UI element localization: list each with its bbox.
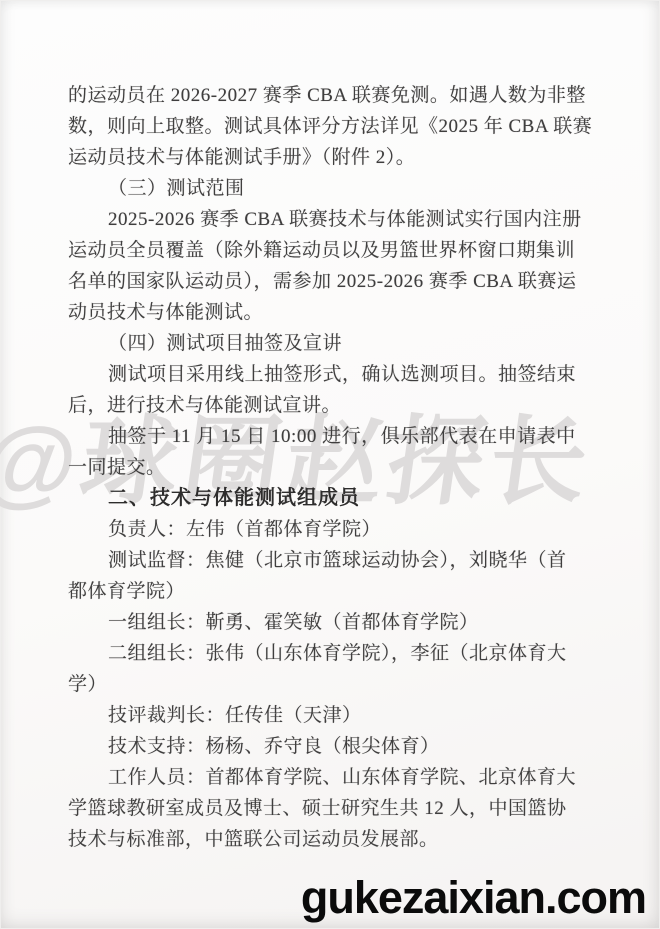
document-line: 测试项目采用线上抽签形式，确认选测项目。抽签结束 [68, 359, 588, 390]
document-line: 二组组长：张伟（山东体育学院），李征（北京体育大 [68, 638, 588, 669]
document-line: 学） [68, 669, 588, 700]
document-line: 工作人员：首都体育学院、山东体育学院、北京体育大 [68, 762, 588, 793]
document-line: 学篮球教研室成员及博士、硕士研究生共 12 人，中国篮协 [68, 793, 588, 824]
document-line: 动员技术与体能测试。 [68, 297, 588, 328]
document-line: 数，则向上取整。测试具体评分方法详见《2025 年 CBA 联赛 [68, 111, 588, 142]
document-line: 运动员技术与体能测试手册》（附件 2）。 [68, 142, 588, 173]
document-line: 都体育学院） [68, 576, 588, 607]
document-line: 名单的国家队运动员），需参加 2025-2026 赛季 CBA 联赛运 [68, 266, 588, 297]
document-line: 运动员全员覆盖（除外籍运动员以及男篮世界杯窗口期集训 [68, 235, 588, 266]
document-line: 负责人：左伟（首都体育学院） [68, 514, 588, 545]
document-line: 的运动员在 2026-2027 赛季 CBA 联赛免测。如遇人数为非整 [68, 80, 588, 111]
document-line: 2025-2026 赛季 CBA 联赛技术与体能测试实行国内注册 [68, 204, 588, 235]
document-line: （三）测试范围 [68, 173, 588, 204]
document-text: 的运动员在 2026-2027 赛季 CBA 联赛免测。如遇人数为非整数，则向上… [68, 80, 588, 855]
document-line: 一同提交。 [68, 452, 588, 483]
document-line: 技评裁判长：任传佳（天津） [68, 700, 588, 731]
section-heading-line: 二、技术与体能测试组成员 [68, 483, 588, 514]
document-line: 后，进行技术与体能测试宣讲。 [68, 390, 588, 421]
document-page: @球圈赵探长 的运动员在 2026-2027 赛季 CBA 联赛免测。如遇人数为… [0, 0, 660, 929]
document-line: 一组组长：靳勇、霍笑敏（首都体育学院） [68, 607, 588, 638]
document-line: 测试监督：焦健（北京市篮球运动协会），刘晓华（首 [68, 545, 588, 576]
document-line: （四）测试项目抽签及宣讲 [68, 328, 588, 359]
document-line: 抽签于 11 月 15 日 10:00 进行，俱乐部代表在申请表中 [68, 421, 588, 452]
document-line: 技术支持：杨杨、乔守良（根尖体育） [68, 731, 588, 762]
bottom-watermark: gukezaixian.com [301, 875, 646, 920]
document-line: 技术与标准部，中篮联公司运动员发展部。 [68, 824, 588, 855]
